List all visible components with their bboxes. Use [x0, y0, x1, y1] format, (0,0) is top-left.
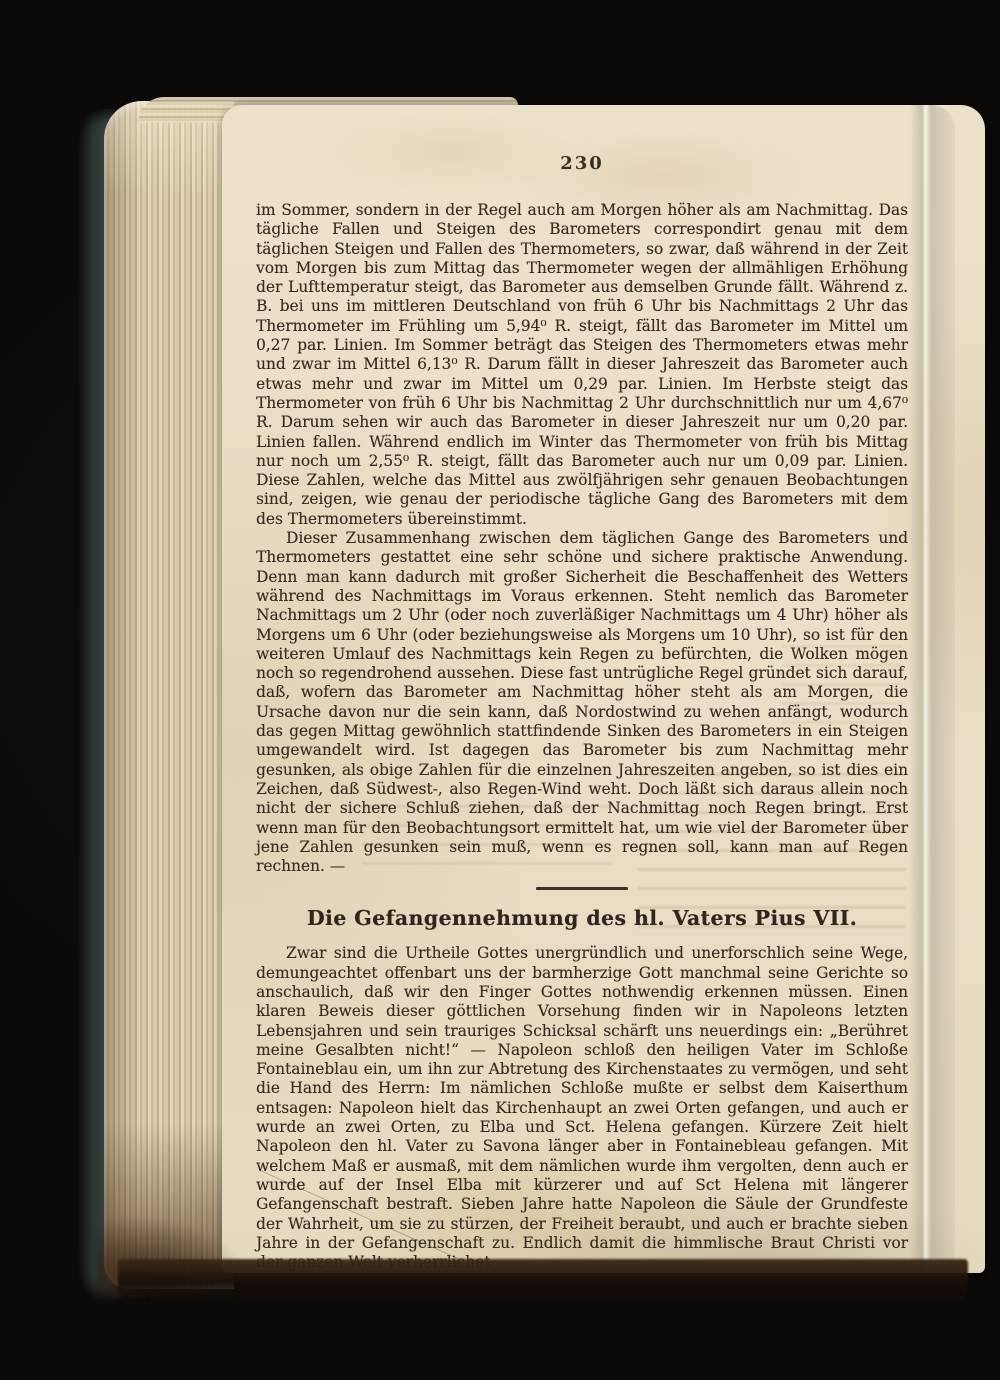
paragraph-barometer-thermometer-2: Dieser Zusammenhang zwischen dem täglich…: [256, 529, 908, 876]
paragraph-barometer-thermometer-1: im Sommer, sondern in der Regel auch am …: [256, 201, 908, 529]
text-block: im Sommer, sondern in der Regel auch am …: [256, 201, 908, 1272]
book: 230 im Sommer, sondern in der Regel auch…: [78, 95, 985, 1310]
book-page: 230 im Sommer, sondern in der Regel auch…: [222, 105, 985, 1273]
page-fold-crease: [909, 105, 955, 1273]
page-stack-fore-edge: [104, 101, 234, 1289]
photo-background: 230 im Sommer, sondern in der Regel auch…: [0, 0, 1000, 1380]
book-bottom-shadow: [118, 1259, 968, 1311]
section-divider-rule: [536, 887, 628, 890]
paragraph-pius-vii-1: Zwar sind die Urtheile Gottes unergründl…: [256, 944, 908, 1272]
article-heading-pius-vii: Die Gefangennehmung des hl. Vaters Pius …: [256, 905, 908, 931]
page-number: 230: [256, 153, 908, 174]
